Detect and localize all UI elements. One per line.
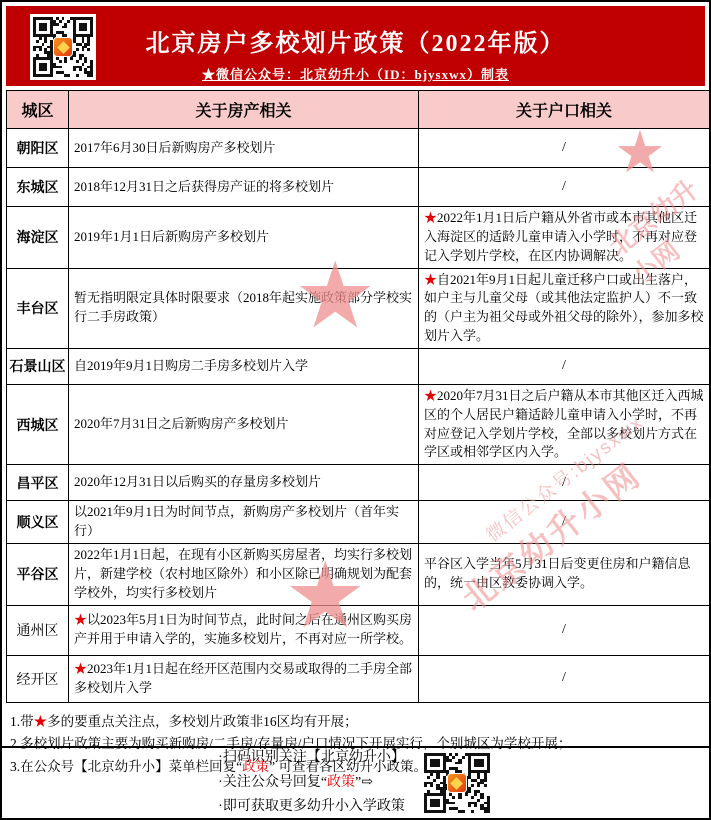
- text-segment: 多的要重点关注点，多校划片政策非16区均有开展；: [47, 714, 358, 729]
- hukou-policy-cell: /: [419, 501, 710, 544]
- housing-policy-cell: 2018年12月31日之后获得房产证的将多校划片: [69, 168, 419, 207]
- text-segment: ·关注公众号回复“: [218, 775, 327, 790]
- hukou-policy-cell: /: [419, 348, 710, 384]
- hukou-policy-cell: /: [419, 465, 710, 501]
- table-row: 朝阳区2017年6月30日后新购房产多校划片/: [7, 129, 710, 168]
- table-row: 石景山区自2019年9月1日购房二手房多校划片入学/: [7, 348, 710, 384]
- hukou-policy-cell: /: [419, 129, 710, 168]
- housing-policy-cell: 2017年6月30日后新购房产多校划片: [69, 129, 419, 168]
- highlighted-text: ★: [34, 714, 48, 729]
- housing-policy-cell: ★以2023年5月1日为时间节点，此时间之后在通州区购买房产并用于申请入学的，实…: [69, 605, 419, 655]
- table-row: 西城区2020年7月31日之后新购房产多校划片★2020年7月31日之后户籍从本…: [7, 384, 710, 464]
- table-row: 丰台区暂无指明限定具体时限要求（2018年起实施政策部分学校实行二手房政策）★自…: [7, 268, 710, 348]
- district-cell: 石景山区: [7, 348, 69, 384]
- column-header-hukou: 关于户口相关: [419, 91, 710, 129]
- text-segment: ·扫码识别关注【北京幼升小】: [218, 750, 405, 765]
- hukou-policy-cell: ★2020年7月31日之后户籍从本市其他区迁入西城区的个人居民户籍适龄儿童申请入…: [419, 384, 710, 464]
- text-segment: 1.带: [10, 714, 34, 729]
- housing-policy-cell: 2019年1月1日后新购房产多校划片: [69, 207, 419, 269]
- district-cell: 顺义区: [7, 501, 69, 544]
- footer-line: ·即可获取更多幼升小入学政策: [218, 795, 405, 820]
- hukou-policy-cell: /: [419, 605, 710, 655]
- star-icon: ★: [424, 210, 437, 225]
- housing-policy-cell: 2020年12月31日以后购买的存量房多校划片: [69, 465, 419, 501]
- column-header-district: 城区: [7, 91, 69, 129]
- footer-section: ·扫码识别关注【北京幼升小】·关注公众号回复“政策”⇨·即可获取更多幼升小入学政…: [2, 746, 709, 818]
- district-cell: 通州区: [7, 605, 69, 655]
- text-segment: ⇨: [361, 775, 373, 790]
- housing-policy-cell: 暂无指明限定具体时限要求（2018年起实施政策部分学校实行二手房政策）: [69, 268, 419, 348]
- star-icon: ★: [424, 388, 437, 403]
- table-header-row: 城区 关于房产相关 关于户口相关: [7, 91, 710, 129]
- table-row: 东城区2018年12月31日之后获得房产证的将多校划片/: [7, 168, 710, 207]
- district-cell: 海淀区: [7, 207, 69, 269]
- district-cell: 东城区: [7, 168, 69, 207]
- district-cell: 丰台区: [7, 268, 69, 348]
- table-row: 顺义区以2021年9月1日为时间节点，新购房产多校划片（首年实行）/: [7, 501, 710, 544]
- policy-table: 城区 关于房产相关 关于户口相关 朝阳区2017年6月30日后新购房产多校划片/…: [6, 90, 710, 703]
- table-row: 经开区★2023年1月1日起在经开区范围内交易或取得的二手房全部多校划片入学/: [7, 655, 710, 702]
- district-cell: 经开区: [7, 655, 69, 702]
- hukou-policy-cell: /: [419, 168, 710, 207]
- table-row: 平谷区2022年1月1日起，在现有小区新购买房屋者，均实行多校划片，新建学校（农…: [7, 543, 710, 605]
- text-segment: ·即可获取更多幼升小入学政策: [218, 799, 405, 814]
- district-cell: 西城区: [7, 384, 69, 464]
- district-cell: 昌平区: [7, 465, 69, 501]
- infographic-page: 北京房户多校划片政策（2022年版） ★微信公众号：北京幼升小（ID：bjysx…: [0, 0, 711, 820]
- star-icon: ★: [74, 612, 87, 627]
- footer-line: ·扫码识别关注【北京幼升小】: [218, 746, 405, 771]
- footer-qr-code: [421, 750, 493, 816]
- hukou-policy-cell: 平谷区入学当年5月31日后变更住房和户籍信息的，统一由区教委协调入学。: [419, 543, 710, 605]
- column-header-housing: 关于房产相关: [69, 91, 419, 129]
- footer-text: ·扫码识别关注【北京幼升小】·关注公众号回复“政策”⇨·即可获取更多幼升小入学政…: [218, 746, 405, 820]
- page-title: 北京房户多校划片政策（2022年版）: [6, 23, 705, 58]
- table-row: 海淀区2019年1月1日后新购房产多校划片★2022年1月1日后户籍从外省市或本…: [7, 207, 710, 269]
- note-line: 1.带★多的要重点关注点，多校划片政策非16区均有开展；: [10, 711, 705, 734]
- housing-policy-cell: 以2021年9月1日为时间节点，新购房产多校划片（首年实行）: [69, 501, 419, 544]
- qr-center-logo: [53, 37, 73, 57]
- housing-policy-cell: ★2023年1月1日起在经开区范围内交易或取得的二手房全部多校划片入学: [69, 655, 419, 702]
- table-row: 昌平区2020年12月31日以后购买的存量房多校划片/: [7, 465, 710, 501]
- qr-center-logo: [447, 773, 467, 793]
- footer-line: ·关注公众号回复“政策”⇨: [218, 771, 405, 796]
- page-subtitle: ★微信公众号：北京幼升小（ID：bjysxwx）制表: [6, 64, 705, 83]
- housing-policy-cell: 自2019年9月1日购房二手房多校划片入学: [69, 348, 419, 384]
- housing-policy-cell: 2022年1月1日起，在现有小区新购买房屋者，均实行多校划片，新建学校（农村地区…: [69, 543, 419, 605]
- hukou-policy-cell: ★自2021年9月1日起儿童迁移户口或出生落户，如户主与儿童父母（或其他法定监护…: [419, 268, 710, 348]
- star-icon: ★: [424, 272, 437, 287]
- header-banner: 北京房户多校划片政策（2022年版） ★微信公众号：北京幼升小（ID：bjysx…: [6, 6, 705, 86]
- district-cell: 平谷区: [7, 543, 69, 605]
- hukou-policy-cell: /: [419, 655, 710, 702]
- housing-policy-cell: 2020年7月31日之后新购房产多校划片: [69, 384, 419, 464]
- hukou-policy-cell: ★2022年1月1日后户籍从外省市或本市其他区迁入海淀区的适龄儿童申请入小学时，…: [419, 207, 710, 269]
- header-qr-code: [30, 14, 96, 80]
- table-row: 通州区★以2023年5月1日为时间节点，此时间之后在通州区购买房产并用于申请入学…: [7, 605, 710, 655]
- star-icon: ★: [74, 661, 87, 676]
- district-cell: 朝阳区: [7, 129, 69, 168]
- highlighted-text: 政策: [327, 775, 355, 790]
